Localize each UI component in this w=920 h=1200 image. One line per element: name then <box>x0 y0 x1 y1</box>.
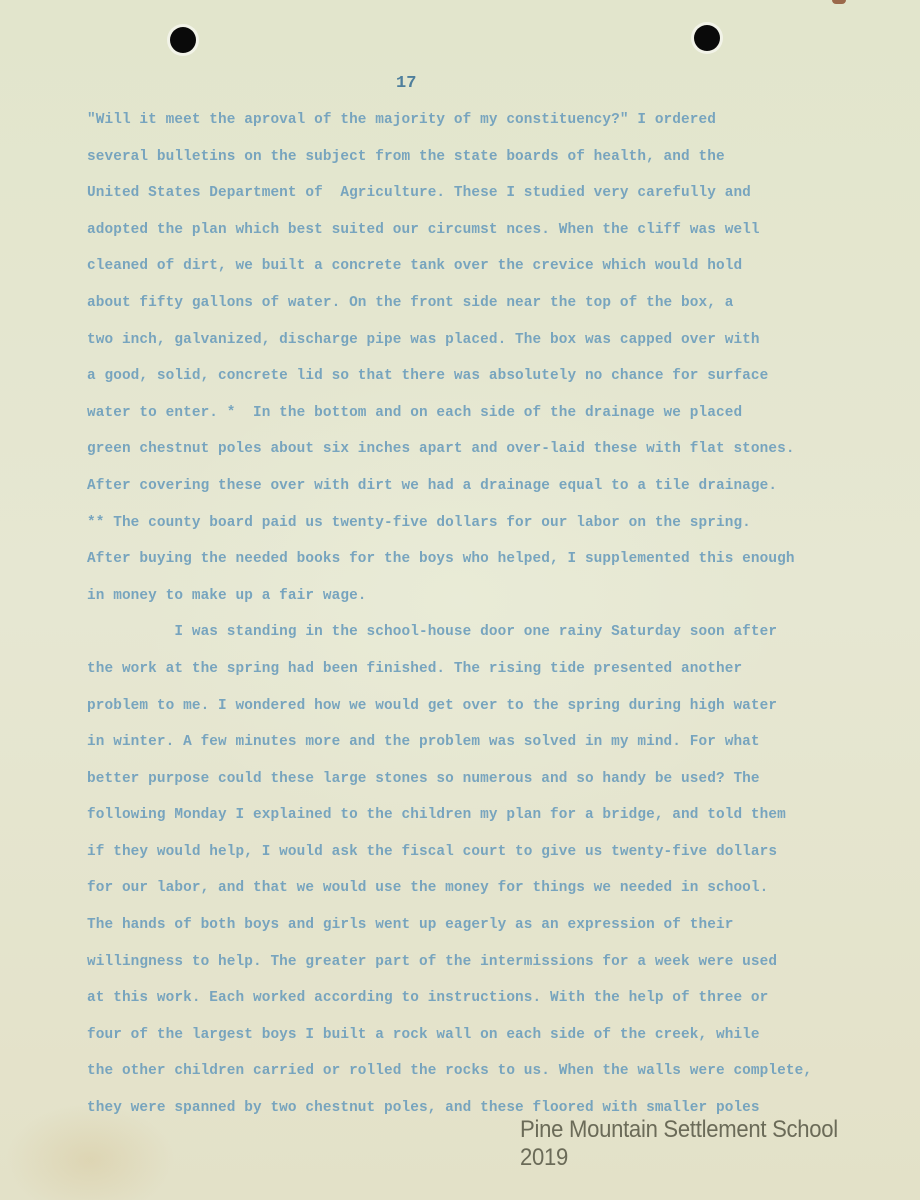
text-line: After buying the needed books for the bo… <box>87 547 847 584</box>
page-number: 17 <box>396 74 416 93</box>
text-line: for our labor, and that we would use the… <box>87 876 847 913</box>
text-line: if they would help, I would ask the fisc… <box>87 840 847 877</box>
punch-hole-right <box>694 25 720 51</box>
text-line: United States Department of Agriculture.… <box>87 181 847 218</box>
text-line: better purpose could these large stones … <box>87 767 847 804</box>
text-line: several bulletins on the subject from th… <box>87 145 847 182</box>
text-line: in money to make up a fair wage. <box>87 584 847 621</box>
text-line: water to enter. * In the bottom and on e… <box>87 401 847 438</box>
text-line: the other children carried or rolled the… <box>87 1059 847 1096</box>
text-line: four of the largest boys I built a rock … <box>87 1023 847 1060</box>
text-line: adopted the plan which best suited our c… <box>87 218 847 255</box>
punch-hole-left <box>170 27 196 53</box>
text-line: problem to me. I wondered how we would g… <box>87 694 847 731</box>
paper-edge-mark <box>832 0 846 4</box>
text-line: at this work. Each worked according to i… <box>87 986 847 1023</box>
text-line: in winter. A few minutes more and the pr… <box>87 730 847 767</box>
typewritten-body: "Will it meet the aproval of the majorit… <box>87 108 847 1133</box>
text-line: The hands of both boys and girls went up… <box>87 913 847 950</box>
text-line: a good, solid, concrete lid so that ther… <box>87 364 847 401</box>
text-line: ** The county board paid us twenty-five … <box>87 511 847 548</box>
text-line: cleaned of dirt, we built a concrete tan… <box>87 254 847 291</box>
text-line: "Will it meet the aproval of the majorit… <box>87 108 847 145</box>
text-line: the work at the spring had been finished… <box>87 657 847 694</box>
text-line: following Monday I explained to the chil… <box>87 803 847 840</box>
watermark-credit: Pine Mountain Settlement School 2019 <box>520 1116 888 1172</box>
text-line: After covering these over with dirt we h… <box>87 474 847 511</box>
text-line: two inch, galvanized, discharge pipe was… <box>87 328 847 365</box>
text-line: about fifty gallons of water. On the fro… <box>87 291 847 328</box>
scanned-document-page: 17 "Will it meet the aproval of the majo… <box>0 0 920 1200</box>
text-line: I was standing in the school-house door … <box>87 620 847 657</box>
text-line: green chestnut poles about six inches ap… <box>87 437 847 474</box>
text-line: willingness to help. The greater part of… <box>87 950 847 987</box>
